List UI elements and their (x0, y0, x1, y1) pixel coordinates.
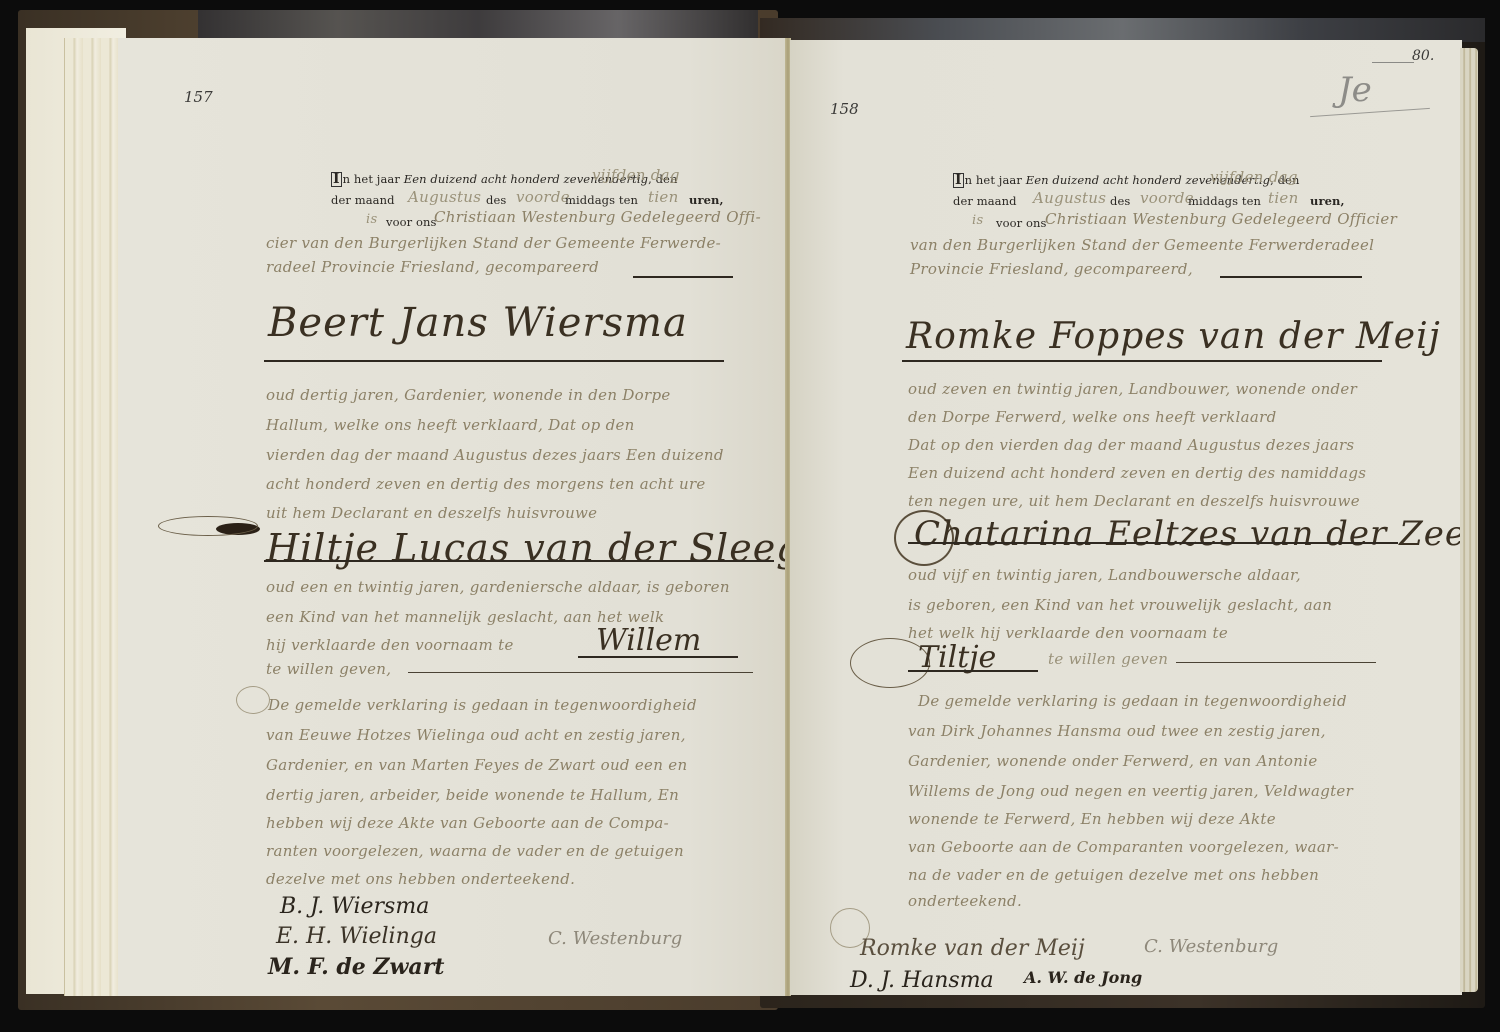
right-page: 158 80. Je In het jaar Een duizend acht … (790, 40, 1462, 995)
handwritten-is: is (366, 212, 377, 227)
te-willen-geven: te willen geven, (266, 660, 391, 678)
fill-line (633, 276, 733, 278)
name-underline (264, 560, 774, 562)
page-number: 157 (184, 88, 213, 106)
printed-uren: uren, (689, 193, 724, 207)
name-underline (908, 670, 1038, 672)
name-underline (578, 656, 738, 658)
signature-witness-1: D. J. Hansma (850, 968, 994, 993)
printed-der-maand: der maand (331, 193, 395, 207)
fill-line (408, 672, 753, 673)
official-line-1: Christiaan Westenburg Gedelegeerd Offi- (434, 208, 761, 226)
declarant-name: Beert Jans Wiersma (268, 300, 688, 346)
official-line-3: radeel Provincie Friesland, gecompareerd (266, 258, 599, 276)
handwritten-time-of-day: voorde (516, 188, 570, 206)
left-page: 157 In het jaar Een duizend acht honderd… (118, 38, 786, 996)
printed-uren: uren, (1310, 194, 1345, 208)
handwritten-day: vijfden dag (592, 166, 680, 184)
printed-des: des (1110, 194, 1130, 208)
handwritten-day: vijfden dag (1210, 168, 1298, 186)
printed-middags-ten: middags ten (1188, 194, 1261, 208)
printed-voor-ons: voor ons (386, 215, 437, 229)
mother-name: Hiltje Lucas van der Sleeg (266, 526, 802, 570)
fill-line (1220, 276, 1362, 278)
child-name: Willem (596, 623, 701, 658)
handwritten-month: Augustus (1033, 189, 1106, 207)
printed-middags-ten: middags ten (565, 193, 638, 207)
page-stack-left (64, 38, 124, 996)
handwritten-hour: tien (648, 188, 679, 206)
handwritten-is: is (972, 213, 983, 228)
name-underline (908, 542, 1398, 544)
signature-father: Romke van der Meij (860, 936, 1085, 961)
official-line-2: cier van den Burgerlijken Stand der Geme… (266, 234, 721, 252)
official-line-3: Provincie Friesland, gecompareerd, (910, 260, 1193, 278)
marginal-annotation: Je (1338, 70, 1372, 110)
handwritten-hour: tien (1268, 189, 1299, 207)
printed-voor-ons: voor ons (996, 216, 1047, 230)
corner-line (1372, 62, 1414, 63)
pen-flourish (158, 516, 258, 536)
fill-line (1176, 662, 1376, 663)
printed-der-maand: der maand (953, 194, 1017, 208)
signature-official: C. Westenburg (548, 928, 682, 949)
name-underline (902, 360, 1382, 362)
printed-des: des (486, 193, 506, 207)
handwritten-time-of-day: voorde (1140, 189, 1194, 207)
signature-witness-2: A. W. de Jong (1024, 968, 1142, 987)
official-line-2: van den Burgerlijken Stand der Gemeente … (910, 236, 1374, 254)
signature-witness-1: E. H. Wielinga (276, 924, 437, 949)
pen-flourish (236, 686, 270, 714)
declarant-name: Romke Foppes van der Meij (906, 316, 1441, 357)
page-number: 158 (830, 100, 859, 118)
name-underline (264, 360, 724, 362)
page-stack-right (1460, 48, 1478, 992)
corner-folio-number: 80. (1412, 48, 1434, 64)
signature-official: C. Westenburg (1144, 936, 1278, 957)
mother-name: Chatarina Eeltzes van der Zee (914, 514, 1466, 554)
signature-witness-2: M. F. de Zwart (268, 954, 444, 980)
handwritten-month: Augustus (408, 188, 481, 206)
signature-father: B. J. Wiersma (280, 894, 429, 919)
te-willen-geven: te willen geven (1048, 650, 1168, 668)
official-line-1: Christiaan Westenburg Gedelegeerd Offici… (1045, 210, 1397, 228)
